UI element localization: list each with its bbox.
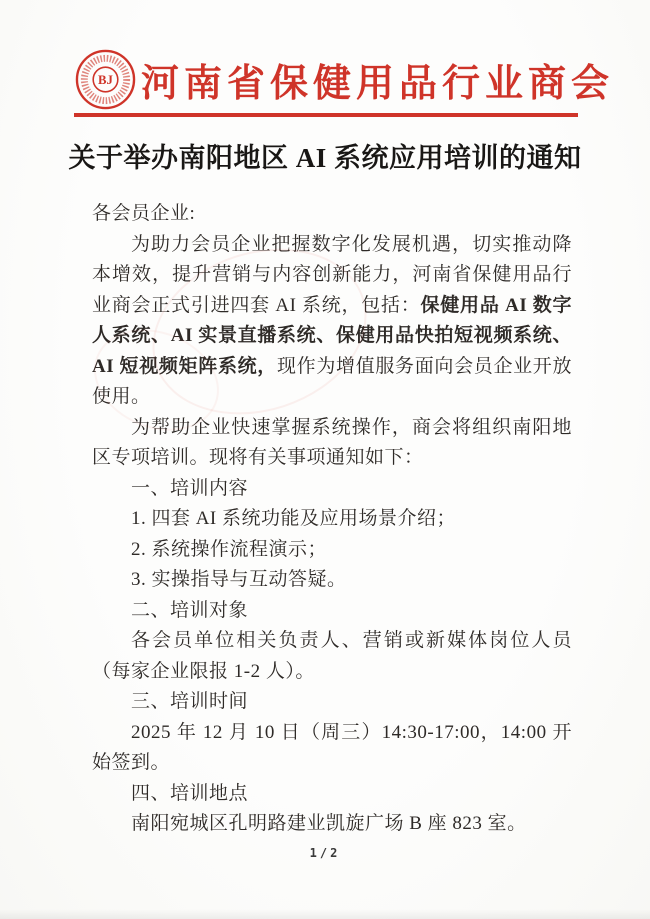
- purpose-paragraph: 为帮助企业快速掌握系统操作，商会将组织南阳地区专项培训。现将有关事项通知如下：: [92, 413, 572, 474]
- section-heading-content: 一、培训内容: [92, 474, 572, 505]
- section-heading-location: 四、培训地点: [92, 779, 572, 810]
- time-paragraph: 2025 年 12 月 10 日（周三）14:30-17:00，14:00 开始…: [92, 718, 572, 779]
- location-paragraph: 南阳宛城区孔明路建业凯旋广场 B 座 823 室。: [92, 809, 572, 840]
- letterhead: BJ 河南省保健用品行业商会: [74, 47, 580, 111]
- scanned-notice-page: BJ 河南省保健用品行业商会 关于举办南阳地区 AI 系统应用培训的通知 各会员…: [0, 0, 650, 919]
- notice-body: 各会员企业: 为助力会员企业把握数字化发展机遇，切实推动降本增效，提升营销与内容…: [92, 199, 572, 840]
- association-seal-icon: BJ: [74, 48, 137, 111]
- content-item: 3. 实操指导与互动答疑。: [92, 565, 572, 596]
- section-heading-audience: 二、培训对象: [92, 596, 572, 627]
- section-heading-time: 三、培训时间: [92, 687, 572, 718]
- audience-paragraph: 各会员单位相关负责人、营销或新媒体岗位人员（每家企业限报 1-2 人）。: [92, 626, 572, 687]
- seal-monogram: BJ: [98, 72, 114, 86]
- page-number: 1/2: [0, 846, 650, 860]
- content-item: 1. 四套 AI 系统功能及应用场景介绍；: [92, 504, 572, 535]
- notice-title: 关于举办南阳地区 AI 系统应用培训的通知: [40, 136, 610, 175]
- salutation: 各会员企业:: [92, 199, 572, 230]
- intro-paragraph: 为助力会员企业把握数字化发展机遇，切实推动降本增效，提升营销与内容创新能力，河南…: [92, 230, 572, 413]
- content-item: 2. 系统操作流程演示；: [92, 535, 572, 566]
- organization-name: 河南省保健用品行业商会: [141, 52, 614, 107]
- letterhead-divider: [74, 113, 578, 117]
